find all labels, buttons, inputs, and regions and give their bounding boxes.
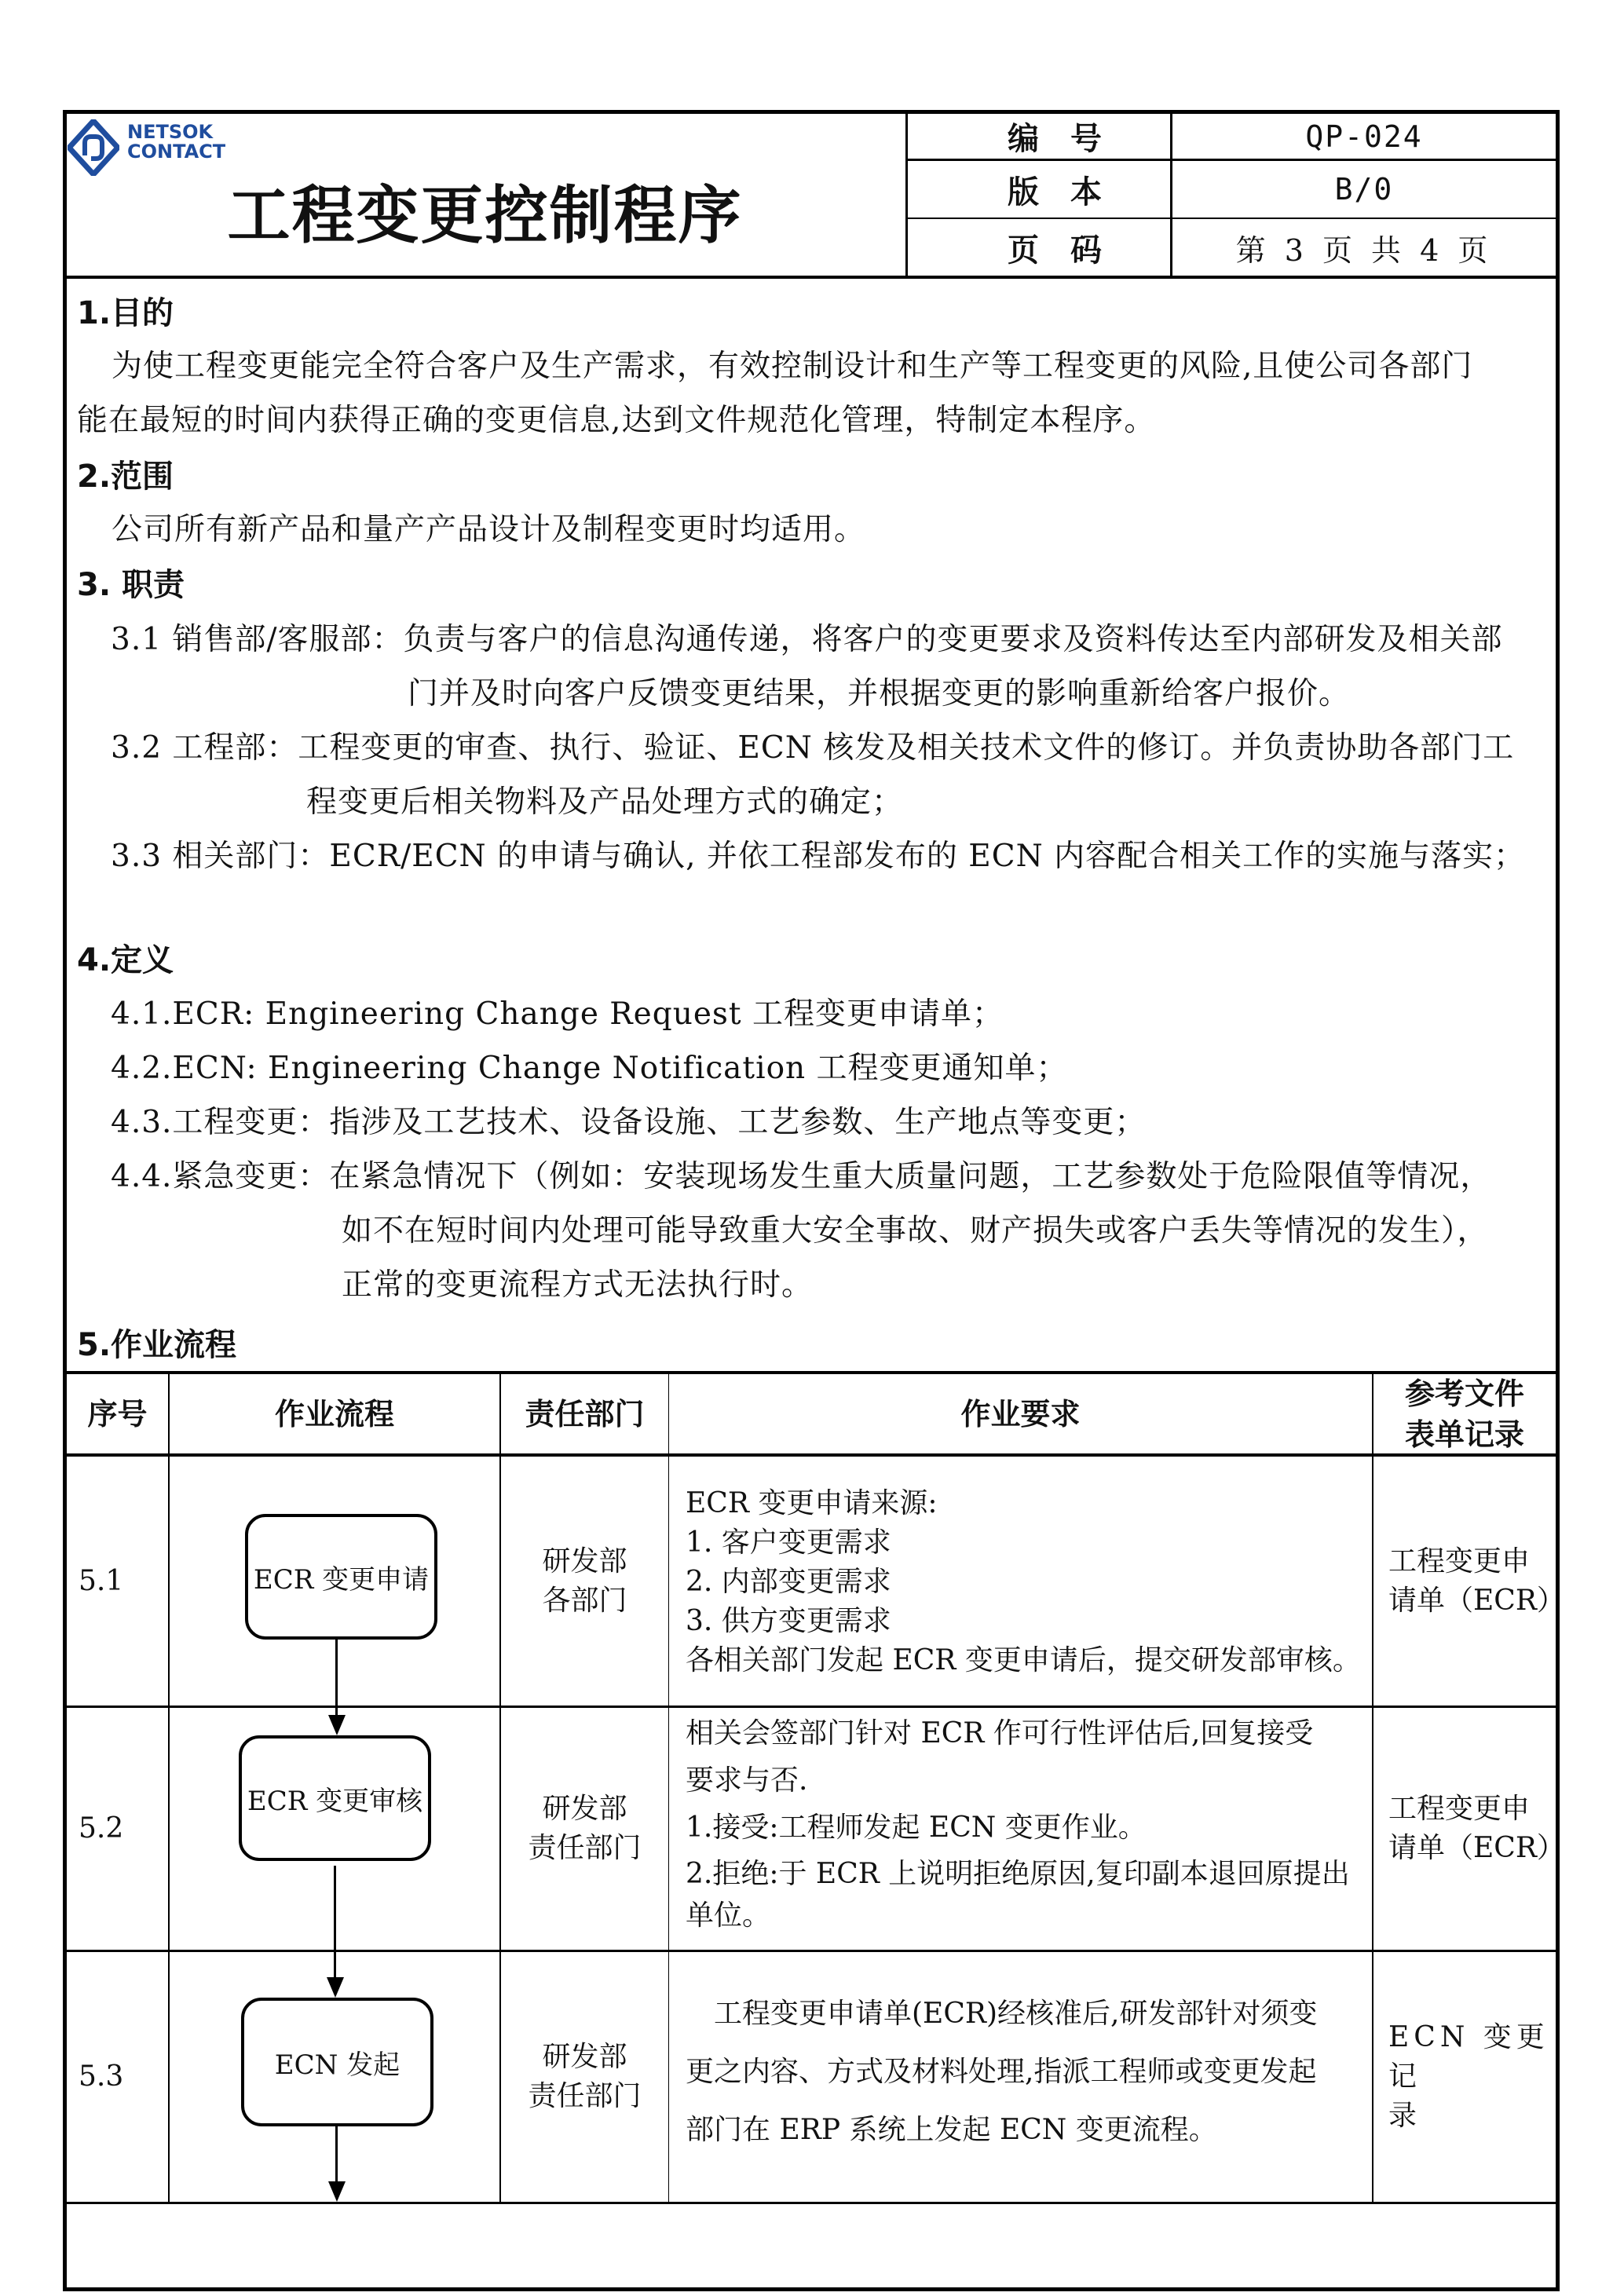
flow-arrow-line <box>335 2126 338 2183</box>
reference-doc: 工程变更申 请单（ECR） <box>1388 1708 1557 1950</box>
responsible-dept: 研发部 各部门 <box>501 1457 668 1706</box>
meta-label-page: 页码 <box>908 219 1202 276</box>
table-row-divider <box>63 1706 1560 1708</box>
requirement-line: 更之内容、方式及材料处理,指派工程师或变更发起 <box>686 2043 1317 2101</box>
reference-line-1: 工程变更申 <box>1388 1790 1530 1829</box>
logo-line-2: CONTACT <box>127 142 225 162</box>
netsok-logo-icon <box>68 119 119 176</box>
meta-label-number: 编号 <box>908 114 1202 159</box>
row-number: 5.1 <box>79 1457 165 1706</box>
table-col-divider <box>668 1371 669 2203</box>
logo-wordmark: NETSOK CONTACT <box>127 122 225 162</box>
requirement-text: 工程变更申请单(ECR)经核准后,研发部针对须变 更之内容、方式及材料处理,指派… <box>686 1985 1317 2159</box>
row-number: 5.2 <box>79 1708 165 1950</box>
requirement-line: 工程变更申请单(ECR)经核准后,研发部针对须变 <box>686 1985 1317 2043</box>
section-heading-workflow: 5.作业流程 <box>77 1325 236 1365</box>
purpose-line-2: 能在最短的时间内获得正确的变更信息,达到文件规范化管理，特制定本程序。 <box>77 401 1155 441</box>
header-bottom-border <box>63 276 1560 279</box>
company-logo: NETSOK CONTACT <box>68 119 240 174</box>
table-col-divider <box>168 1371 170 2203</box>
dept-line-2: 责任部门 <box>528 1829 641 1868</box>
requirement-text: 相关会签部门针对 ECR 作可行性评估后,回复接受 要求与否. 1.接受:工程师… <box>686 1710 1350 1935</box>
row-number: 5.3 <box>79 1952 165 2202</box>
requirement-line: 单位。 <box>686 1897 1350 1935</box>
responsibility-3-2-line-2: 程变更后相关物料及产品处理方式的确定； <box>306 783 903 822</box>
responsibility-3-1-line-2: 门并及时向客户反馈变更结果，并根据变更的影响重新给客户报价。 <box>408 675 1350 714</box>
reference-doc: ECN 变更记 录 <box>1388 1952 1557 2202</box>
dept-line-1: 研发部 <box>542 1790 627 1829</box>
column-header-no: 序号 <box>67 1374 168 1453</box>
responsibility-3-3-line-1: 3.3 相关部门：ECR/ECN 的申请与确认, 并依工程部发布的 ECN 内容… <box>111 837 1525 876</box>
responsible-dept: 研发部 责任部门 <box>501 1708 668 1950</box>
column-header-reference-line-1: 参考文件 <box>1405 1373 1524 1414</box>
requirement-line: 2.拒绝:于 ECR 上说明拒绝原因,复印副本退回原提出 <box>686 1852 1350 1897</box>
dept-line-1: 研发部 <box>542 2038 627 2077</box>
flow-step-ecr-review: ECR 变更审核 <box>239 1735 431 1861</box>
reference-doc: 工程变更申 请单（ECR） <box>1388 1457 1557 1706</box>
section-heading-purpose: 1.目的 <box>77 294 174 333</box>
meta-value-page: 第 3 页 共 4 页 <box>1172 219 1556 276</box>
arrow-down-icon <box>328 2181 346 2202</box>
flow-step-ecr-request: ECR 变更申请 <box>245 1514 437 1640</box>
column-header-flow: 作业流程 <box>170 1374 499 1453</box>
responsible-dept: 研发部 责任部门 <box>501 1952 668 2202</box>
definition-4-1: 4.1.ECR: Engineering Change Request 工程变更… <box>111 995 1004 1034</box>
reference-line-1: ECN 变更记 <box>1388 2018 1557 2097</box>
dept-line-2: 责任部门 <box>528 2077 641 2116</box>
definition-4-3: 4.3.工程变更：指涉及工艺技术、设备设施、工艺参数、生产地点等变更； <box>111 1103 1146 1143</box>
table-header-bottom <box>63 1453 1560 1457</box>
responsibility-3-1-line-1: 3.1 销售部/客服部：负责与客户的信息沟通传递，将客户的变更要求及资料传达至内… <box>111 620 1503 660</box>
purpose-line-1: 为使工程变更能完全符合客户及生产需求，有效控制设计和生产等工程变更的风险,且使公… <box>112 347 1472 386</box>
arrow-down-icon <box>327 1977 344 1998</box>
section-heading-responsibility: 3. 职责 <box>77 565 185 605</box>
flow-arrow-line <box>334 1866 336 1979</box>
column-header-requirement: 作业要求 <box>669 1374 1372 1453</box>
reference-line-2: 请单（ECR） <box>1388 1829 1557 1868</box>
requirement-line: 各相关部门发起 ECR 变更申请后，提交研发部审核。 <box>686 1641 1361 1680</box>
arrow-down-icon <box>328 1715 346 1735</box>
meta-value-version: B/0 <box>1172 161 1556 218</box>
definition-4-4-line-2: 如不在短时间内处理可能导致重大安全事故、财产损失或客户丢失等情况的发生）， <box>342 1212 1489 1251</box>
table-row-divider <box>63 1950 1560 1952</box>
requirement-line: 部门在 ERP 系统上发起 ECN 变更流程。 <box>686 2101 1317 2159</box>
requirement-line: 2. 内部变更需求 <box>686 1563 1361 1602</box>
document-title: 工程变更控制程序 <box>63 177 907 255</box>
logo-line-1: NETSOK <box>127 122 225 142</box>
meta-label-version: 版本 <box>908 161 1202 218</box>
meta-value-number: QP-024 <box>1172 114 1556 159</box>
requirement-line: 相关会签部门针对 ECR 作可行性评估后,回复接受 <box>686 1710 1350 1757</box>
scope-line-1: 公司所有新产品和量产产品设计及制程变更时均适用。 <box>112 510 865 550</box>
table-col-divider <box>1372 1371 1373 2203</box>
requirement-line: ECR 变更申请来源: <box>686 1484 1361 1523</box>
reference-line-1: 工程变更申 <box>1388 1542 1530 1581</box>
flow-arrow-line <box>335 1640 338 1717</box>
reference-line-2: 请单（ECR） <box>1388 1581 1557 1621</box>
table-bottom-border <box>63 2202 1560 2204</box>
responsibility-3-2-line-1: 3.2 工程部：工程变更的审查、执行、验证、ECN 核发及相关技术文件的修订。并… <box>111 729 1514 768</box>
section-heading-scope: 2.范围 <box>77 457 174 496</box>
reference-line-2: 录 <box>1388 2097 1421 2136</box>
section-heading-definitions: 4.定义 <box>77 941 174 980</box>
definition-4-4-line-1: 4.4.紧急变更：在紧急情况下（例如：安装现场发生重大质量问题，工艺参数处于危险… <box>111 1157 1491 1197</box>
definition-4-2: 4.2.ECN: Engineering Change Notification… <box>111 1049 1068 1088</box>
dept-line-1: 研发部 <box>542 1542 627 1581</box>
flow-step-ecn-initiate: ECN 发起 <box>241 1998 433 2126</box>
column-header-reference-line-2: 表单记录 <box>1405 1414 1524 1455</box>
dept-line-2: 各部门 <box>542 1581 627 1621</box>
requirement-line: 3. 供方变更需求 <box>686 1602 1361 1641</box>
requirement-line: 1.接受:工程师发起 ECN 变更作业。 <box>686 1804 1350 1852</box>
requirement-text: ECR 变更申请来源: 1. 客户变更需求 2. 内部变更需求 3. 供方变更需… <box>686 1484 1361 1680</box>
definition-4-4-line-3: 正常的变更流程方式无法执行时。 <box>342 1266 813 1305</box>
column-header-reference: 参考文件 表单记录 <box>1373 1374 1556 1453</box>
requirement-line: 要求与否. <box>686 1757 1350 1804</box>
column-header-dept: 责任部门 <box>501 1374 668 1453</box>
requirement-line: 1. 客户变更需求 <box>686 1523 1361 1563</box>
